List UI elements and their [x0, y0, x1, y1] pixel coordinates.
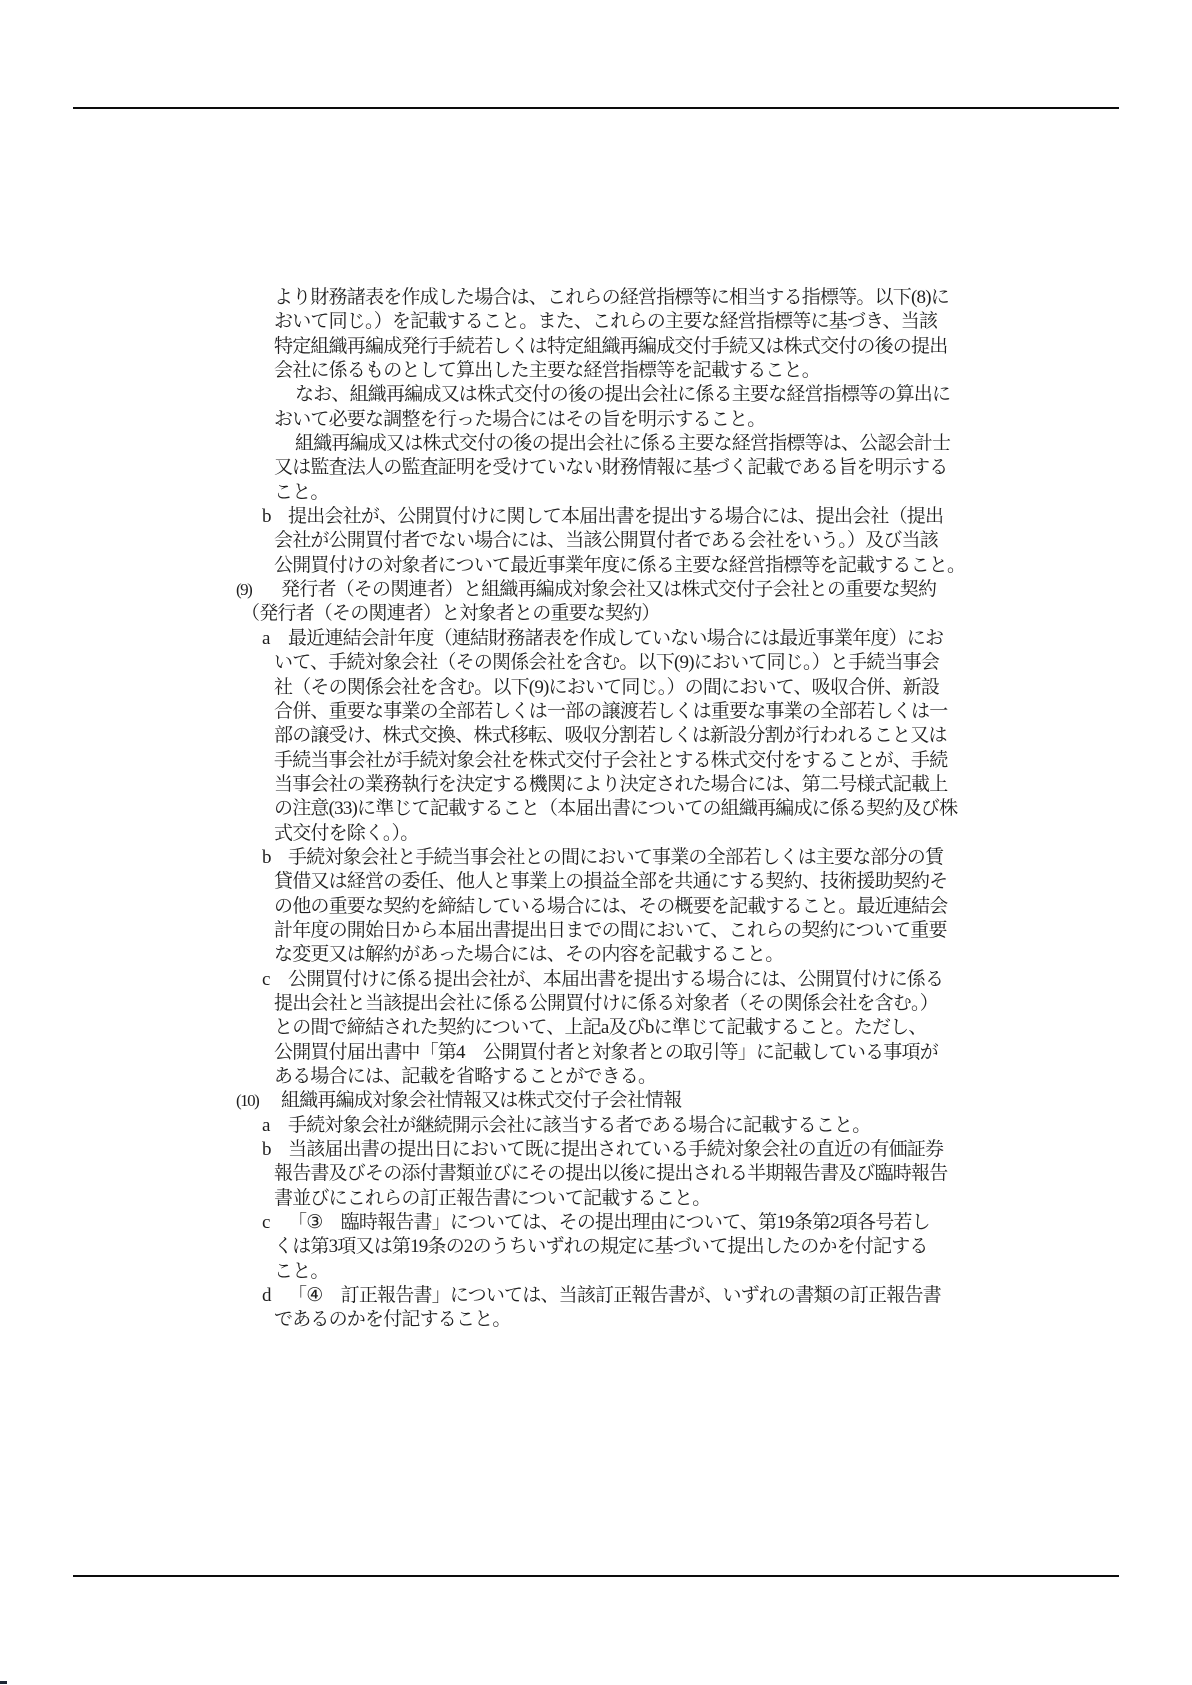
text-line: 組織再編成又は株式交付の後の提出会社に係る主要な経営指標等は、公認会計士	[0, 432, 1192, 456]
text-line: 公開買付届出書中「第4 公開買付者と対象者との取引等」に記載している事項が	[0, 1041, 1192, 1065]
scan-artifact	[0, 1681, 7, 1684]
text-line: b手続対象会社と手続当事会社との間において事業の全部若しくは主要な部分の賃	[0, 846, 1192, 870]
text-run: より財務諸表を作成した場合は、これらの経営指標等に相当する指標等。以下(8)に	[274, 287, 949, 308]
text-run: なお、組織再編成又は株式交付の後の提出会社に係る主要な経営指標等の算出に	[295, 384, 950, 405]
text-run: 部の譲受け、株式交換、株式移転、吸収分割若しくは新設分割が行われること又は	[274, 725, 947, 746]
text-line: 式交付を除く。）。	[0, 822, 1192, 846]
text-run: との間で締結された契約について、上記a及びbに準じて記載すること。ただし、	[274, 1017, 927, 1038]
item-letter-label: b	[262, 846, 288, 870]
item-letter-label: a	[262, 1114, 288, 1138]
text-run: いて、手続対象会社（その関係会社を含む。以下(9)において同じ。）と手続当事会	[274, 652, 939, 673]
text-run: こと。	[274, 1261, 329, 1282]
text-line: おいて必要な調整を行った場合にはその旨を明示すること。	[0, 408, 1192, 432]
text-line: の注意(33)に準じて記載すること（本届出書についての組織再編成に係る契約及び株	[0, 797, 1192, 821]
text-run: 手続対象会社と手続当事会社との間において事業の全部若しくは主要な部分の賃	[288, 847, 943, 868]
list-number-label: (10)	[236, 1089, 281, 1113]
text-line: a手続対象会社が継続開示会社に該当する者である場合に記載すること。	[0, 1114, 1192, 1138]
text-run: ある場合には、記載を省略することができる。	[274, 1066, 656, 1087]
text-line: な変更又は解約があった場合には、その内容を記載すること。	[0, 943, 1192, 967]
text-line: 会社が公開買付者でない場合には、当該公開買付者である会社をいう。）及び当該	[0, 529, 1192, 553]
text-run: な変更又は解約があった場合には、その内容を記載すること。	[274, 944, 783, 965]
text-run: 書並びにこれらの訂正報告書について記載すること。	[274, 1188, 710, 1209]
text-line: 又は監査法人の監査証明を受けていない財務情報に基づく記載である旨を明示する	[0, 456, 1192, 480]
text-run: 「③ 臨時報告書」については、その提出理由について、第19条第2項各号若し	[288, 1212, 930, 1233]
text-line: 提出会社と当該提出会社に係る公開買付けに係る対象者（その関係会社を含む。）	[0, 992, 1192, 1016]
text-run: 計年度の開始日から本届出書提出日までの間において、これらの契約について重要	[274, 920, 947, 941]
text-line: 会社に係るものとして算出した主要な経営指標等を記載すること。	[0, 359, 1192, 383]
document-text-block: より財務諸表を作成した場合は、これらの経営指標等に相当する指標等。以下(8)にお…	[0, 286, 1192, 1333]
item-letter-label: b	[262, 1138, 288, 1162]
text-run: 組織再編成又は株式交付の後の提出会社に係る主要な経営指標等は、公認会計士	[295, 433, 950, 454]
text-line: 合併、重要な事業の全部若しくは一部の譲渡若しくは重要な事業の全部若しくは一	[0, 700, 1192, 724]
text-run: （発行者（その関連者）と対象者との重要な契約）	[241, 603, 660, 624]
text-line: なお、組織再編成又は株式交付の後の提出会社に係る主要な経営指標等の算出に	[0, 383, 1192, 407]
text-line: 計年度の開始日から本届出書提出日までの間において、これらの契約について重要	[0, 919, 1192, 943]
text-line: （発行者（その関連者）と対象者との重要な契約）	[0, 602, 1192, 626]
text-run: 手続対象会社が継続開示会社に該当する者である場合に記載すること。	[288, 1115, 870, 1136]
text-run: 「④ 訂正報告書」については、当該訂正報告書が、いずれの書類の訂正報告書	[288, 1285, 941, 1306]
text-run: くは第3項又は第19条の2のうちいずれの規定に基づいて提出したのかを付記する	[274, 1236, 928, 1257]
text-line: いて、手続対象会社（その関係会社を含む。以下(9)において同じ。）と手続当事会	[0, 651, 1192, 675]
text-run: の他の重要な契約を締結している場合には、その概要を記載すること。最近連結会	[274, 896, 947, 917]
text-line: 社（その関係会社を含む。以下(9)において同じ。）の間において、吸収合併、新設	[0, 676, 1192, 700]
text-line: おいて同じ。）を記載すること。また、これらの主要な経営指標等に基づき、当該	[0, 310, 1192, 334]
item-letter-label: d	[262, 1284, 288, 1308]
text-run: 公開買付けの対象者について最近事業年度に係る主要な経営指標等を記載すること。	[274, 555, 965, 576]
item-letter-label: c	[262, 968, 288, 992]
text-run: 貸借又は経営の委任、他人と事業上の損益全部を共通にする契約、技術援助契約そ	[274, 871, 947, 892]
text-run: 会社に係るものとして算出した主要な経営指標等を記載すること。	[274, 360, 820, 381]
text-run: 公開買付けに係る提出会社が、本届出書を提出する場合には、公開買付けに係る	[288, 969, 943, 990]
text-line: 貸借又は経営の委任、他人と事業上の損益全部を共通にする契約、技術援助契約そ	[0, 870, 1192, 894]
text-line: こと。	[0, 481, 1192, 505]
text-run: 提出会社と当該提出会社に係る公開買付けに係る対象者（その関係会社を含む。）	[274, 993, 938, 1014]
text-line: d「④ 訂正報告書」については、当該訂正報告書が、いずれの書類の訂正報告書	[0, 1284, 1192, 1308]
text-line: (10)組織再編成対象会社情報又は株式交付子会社情報	[0, 1089, 1192, 1113]
text-line: との間で締結された契約について、上記a及びbに準じて記載すること。ただし、	[0, 1016, 1192, 1040]
text-run: 公開買付届出書中「第4 公開買付者と対象者との取引等」に記載している事項が	[274, 1042, 938, 1063]
text-run: 当事会社の業務執行を決定する機関により決定された場合には、第二号様式記載上	[274, 774, 947, 795]
text-line: c公開買付けに係る提出会社が、本届出書を提出する場合には、公開買付けに係る	[0, 968, 1192, 992]
item-letter-label: b	[262, 505, 288, 529]
text-run: 会社が公開買付者でない場合には、当該公開買付者である会社をいう。）及び当該	[274, 530, 938, 551]
text-run: 報告書及びその添付書類並びにその提出以後に提出される半期報告書及び臨時報告	[274, 1163, 947, 1184]
text-run: 社（その関係会社を含む。以下(9)において同じ。）の間において、吸収合併、新設	[274, 677, 939, 698]
text-run: おいて必要な調整を行った場合にはその旨を明示すること。	[274, 409, 765, 430]
text-line: の他の重要な契約を締結している場合には、その概要を記載すること。最近連結会	[0, 895, 1192, 919]
item-letter-label: a	[262, 627, 288, 651]
text-line: ある場合には、記載を省略することができる。	[0, 1065, 1192, 1089]
document-page: より財務諸表を作成した場合は、これらの経営指標等に相当する指標等。以下(8)にお…	[0, 0, 1192, 1685]
text-line: a最近連結会計年度（連結財務諸表を作成していない場合には最近事業年度）にお	[0, 627, 1192, 651]
text-run: 又は監査法人の監査証明を受けていない財務情報に基づく記載である旨を明示する	[274, 457, 947, 478]
text-run: であるのかを付記すること。	[274, 1309, 511, 1330]
text-line: 書並びにこれらの訂正報告書について記載すること。	[0, 1187, 1192, 1211]
list-number-label: (9)	[236, 578, 281, 602]
text-run: 当該届出書の提出日において既に提出されている手続対象会社の直近の有価証券	[288, 1139, 943, 1160]
text-run: 式交付を除く。）。	[274, 823, 418, 844]
text-line: より財務諸表を作成した場合は、これらの経営指標等に相当する指標等。以下(8)に	[0, 286, 1192, 310]
text-line: 手続当事会社が手続対象会社を株式交付子会社とする株式交付をすることが、手続	[0, 749, 1192, 773]
text-run: の注意(33)に準じて記載すること（本届出書についての組織再編成に係る契約及び株	[274, 798, 957, 819]
text-run: 最近連結会計年度（連結財務諸表を作成していない場合には最近事業年度）にお	[288, 628, 943, 649]
item-letter-label: c	[262, 1211, 288, 1235]
text-run: 特定組織再編成発行手続若しくは特定組織再編成交付手続又は株式交付の後の提出	[274, 336, 947, 357]
text-run: こと。	[274, 482, 329, 503]
text-line: c「③ 臨時報告書」については、その提出理由について、第19条第2項各号若し	[0, 1211, 1192, 1235]
text-line: くは第3項又は第19条の2のうちいずれの規定に基づいて提出したのかを付記する	[0, 1235, 1192, 1259]
text-line: 当事会社の業務執行を決定する機関により決定された場合には、第二号様式記載上	[0, 773, 1192, 797]
text-line: (9)発行者（その関連者）と組織再編成対象会社又は株式交付子会社との重要な契約	[0, 578, 1192, 602]
bottom-rule	[73, 1575, 1119, 1577]
text-line: こと。	[0, 1260, 1192, 1284]
top-rule	[73, 107, 1119, 109]
text-run: 合併、重要な事業の全部若しくは一部の譲渡若しくは重要な事業の全部若しくは一	[274, 701, 947, 722]
text-line: b当該届出書の提出日において既に提出されている手続対象会社の直近の有価証券	[0, 1138, 1192, 1162]
text-run: 手続当事会社が手続対象会社を株式交付子会社とする株式交付をすることが、手続	[274, 750, 947, 771]
text-line: 報告書及びその添付書類並びにその提出以後に提出される半期報告書及び臨時報告	[0, 1162, 1192, 1186]
text-line: であるのかを付記すること。	[0, 1308, 1192, 1332]
text-run: 組織再編成対象会社情報又は株式交付子会社情報	[281, 1090, 681, 1111]
text-line: 部の譲受け、株式交換、株式移転、吸収分割若しくは新設分割が行われること又は	[0, 724, 1192, 748]
text-line: 特定組織再編成発行手続若しくは特定組織再編成交付手続又は株式交付の後の提出	[0, 335, 1192, 359]
text-run: 提出会社が、公開買付けに関して本届出書を提出する場合には、提出会社（提出	[288, 506, 943, 527]
text-run: おいて同じ。）を記載すること。また、これらの主要な経営指標等に基づき、当該	[274, 311, 937, 332]
text-line: b提出会社が、公開買付けに関して本届出書を提出する場合には、提出会社（提出	[0, 505, 1192, 529]
text-line: 公開買付けの対象者について最近事業年度に係る主要な経営指標等を記載すること。	[0, 554, 1192, 578]
text-run: 発行者（その関連者）と組織再編成対象会社又は株式交付子会社との重要な契約	[281, 579, 936, 600]
